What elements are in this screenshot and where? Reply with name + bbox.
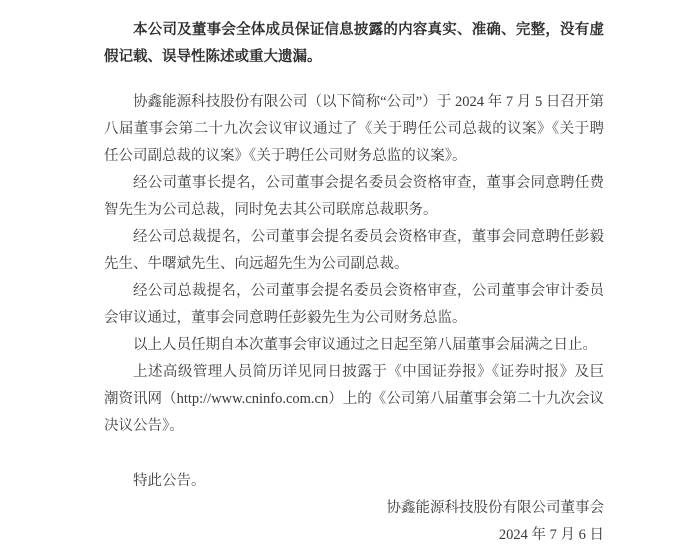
disclaimer-paragraph: 本公司及董事会全体成员保证信息披露的内容真实、准确、完整，没有虚假记载、误导性陈…	[104, 17, 604, 71]
body-paragraph-president-appointment: 经公司董事长提名，公司董事会提名委员会资格审查，董事会同意聘任费智先生为公司总裁…	[104, 170, 604, 224]
body-paragraph-disclosure-media: 上述高级管理人员简历详见同日披露于《中国证券报》《证券时报》及巨潮资讯网（htt…	[104, 359, 604, 440]
body-paragraph-cfo-appointment: 经公司总裁提名，公司董事会提名委员会资格审查，公司董事会审计委员会审议通过，董事…	[104, 278, 604, 332]
signature-line: 协鑫能源科技股份有限公司董事会	[104, 495, 604, 522]
body-paragraph-term: 以上人员任期自本次董事会审议通过之日起至第八届董事会届满之日止。	[104, 332, 604, 359]
document-page: 本公司及董事会全体成员保证信息披露的内容真实、准确、完整，没有虚假记载、误导性陈…	[0, 0, 700, 550]
announcement-body: 本公司及董事会全体成员保证信息披露的内容真实、准确、完整，没有虚假记载、误导性陈…	[104, 17, 604, 549]
date-line: 2024 年 7 月 6 日	[104, 522, 604, 549]
body-paragraph-vice-president-appointment: 经公司总裁提名，公司董事会提名委员会资格审查，董事会同意聘任彭毅先生、牛曙斌先生…	[104, 224, 604, 278]
body-paragraph-meeting: 协鑫能源科技股份有限公司（以下简称“公司”）于 2024 年 7 月 5 日召开…	[104, 89, 604, 170]
closing-paragraph: 特此公告。	[104, 468, 604, 495]
